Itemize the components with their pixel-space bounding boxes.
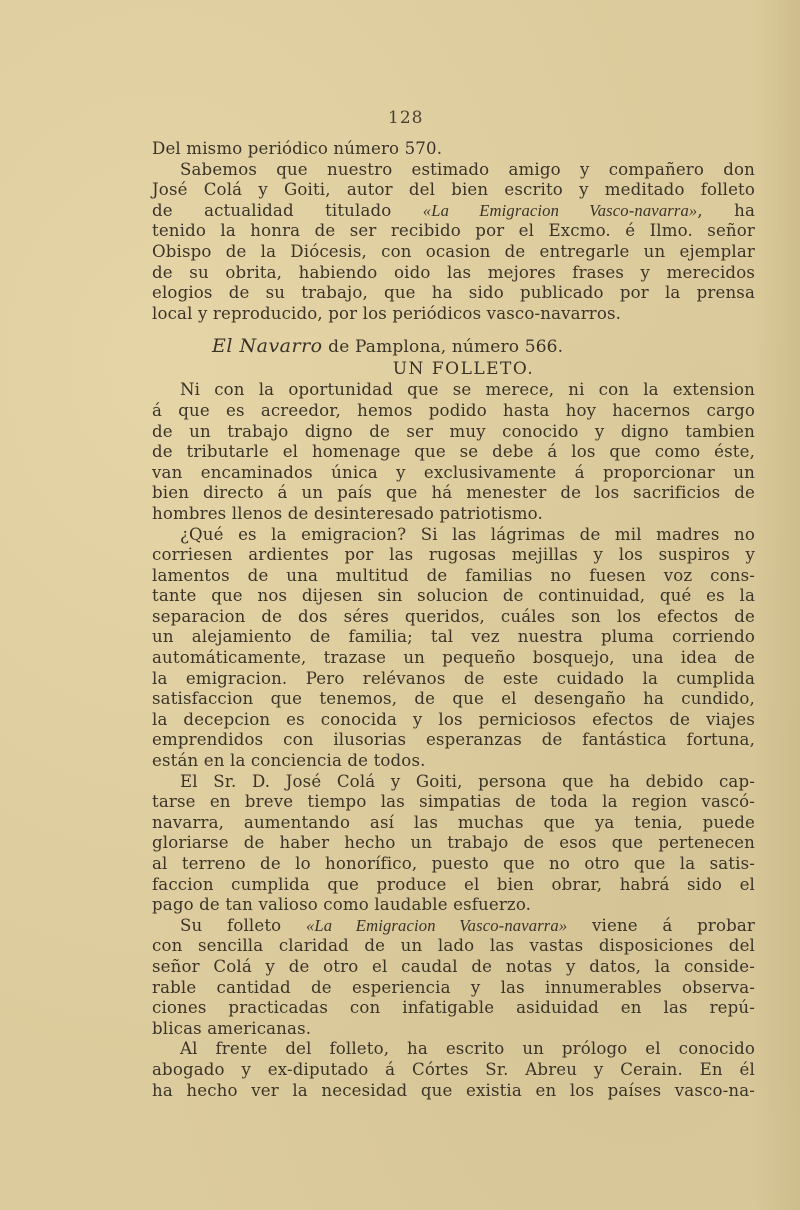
text-line: ciones practicadas con infatigable asidu… — [152, 998, 755, 1019]
text-line: ha hecho ver la necesidad que existia en… — [152, 1081, 755, 1102]
text-line: la decepcion es conocida y los pernicios… — [152, 710, 755, 731]
article-heading: UN FOLLETO. — [172, 358, 755, 380]
booklet-title: «La Emigracion Vasco-navarra» — [423, 201, 698, 220]
text-line: Al frente del folleto, ha escrito un pró… — [152, 1039, 755, 1060]
text-line: van encaminados única y exclusivamente á… — [152, 463, 755, 484]
text-line: ¿Qué es la emigracion? Si las lágrimas d… — [152, 525, 755, 546]
text-line: un alejamiento de familia; tal vez nuest… — [152, 627, 755, 648]
text-line: abogado y ex-diputado á Córtes Sr. Abreu… — [152, 1060, 755, 1081]
publication-name: El Navarro — [212, 335, 323, 357]
text-run: de actualidad titulado — [152, 201, 423, 220]
text-line: hombres llenos de desinteresado patrioti… — [152, 504, 755, 525]
text-line: Sabemos que nuestro estimado amigo y com… — [152, 160, 755, 181]
source-text: de Pamplona, número 566. — [323, 337, 564, 357]
text-line: están en la conciencia de todos. — [152, 751, 755, 772]
text-line: al terreno de lo honorífico, puesto que … — [152, 854, 755, 875]
text-line: Su folleto «La Emigracion Vasco-navarra»… — [152, 916, 755, 937]
text-line: local y reproducido, por los periódicos … — [152, 304, 755, 325]
text-run: viene á probar — [567, 916, 755, 935]
text-line: satisfaccion que tenemos, de que el dese… — [152, 689, 755, 710]
text-line: Obispo de la Diócesis, con ocasion de en… — [152, 242, 755, 263]
text-line: corriesen ardientes por las rugosas meji… — [152, 545, 755, 566]
text-column: Del mismo periódico número 570. Sabemos … — [152, 139, 755, 1101]
text-line: separacion de dos séres queridos, cuáles… — [152, 607, 755, 628]
article-1-source: Del mismo periódico número 570. — [152, 139, 755, 160]
text-line: blicas americanas. — [152, 1019, 755, 1040]
text-line: de su obrita, habiendo oido las mejores … — [152, 263, 755, 284]
text-line: José Colá y Goiti, autor del bien escrit… — [152, 180, 755, 201]
text-line: rable cantidad de esperiencia y las innu… — [152, 978, 755, 999]
article-2-source: El Navarro de Pamplona, número 566. — [152, 334, 755, 358]
text-line: bien directo á un país que há menester d… — [152, 483, 755, 504]
text-run: , ha — [697, 201, 755, 220]
text-line: El Sr. D. José Colá y Goiti, persona que… — [152, 772, 755, 793]
text-line: emprendidos con ilusorias esperanzas de … — [152, 730, 755, 751]
text-line: con sencilla claridad de un lado las vas… — [152, 936, 755, 957]
text-line: Ni con la oportunidad que se merece, ni … — [152, 380, 755, 401]
text-line: pago de tan valioso como laudable esfuer… — [152, 895, 755, 916]
text-line: tarse en breve tiempo las simpatias de t… — [152, 792, 755, 813]
text-line: tenido la honra de ser recibido por el E… — [152, 221, 755, 242]
scanned-page: 128 Del mismo periódico número 570. Sabe… — [0, 0, 800, 1210]
text-line: de un trabajo digno de ser muy conocido … — [152, 422, 755, 443]
text-line: gloriarse de haber hecho un trabajo de e… — [152, 833, 755, 854]
page-number: 128 — [388, 108, 423, 128]
text-line: de tributarle el homenage que se debe á … — [152, 442, 755, 463]
text-run: Su folleto — [180, 916, 306, 935]
text-line: elogios de su trabajo, que ha sido publi… — [152, 283, 755, 304]
text-line: navarra, aumentando así las muchas que y… — [152, 813, 755, 834]
text-line: la emigracion. Pero relévanos de este cu… — [152, 669, 755, 690]
booklet-title: «La Emigracion Vasco-navarra» — [306, 916, 567, 935]
text-line: tante que nos dijesen sin solucion de co… — [152, 586, 755, 607]
text-line: automáticamente, trazase un pequeño bosq… — [152, 648, 755, 669]
text-line: á que es acreedor, hemos podido hasta ho… — [152, 401, 755, 422]
text-line: de actualidad titulado «La Emigracion Va… — [152, 201, 755, 222]
source-text: Del mismo periódico número 570. — [152, 139, 442, 158]
text-line: señor Colá y de otro el caudal de notas … — [152, 957, 755, 978]
text-line: lamentos de una multitud de familias no … — [152, 566, 755, 587]
text-line: faccion cumplida que produce el bien obr… — [152, 875, 755, 896]
